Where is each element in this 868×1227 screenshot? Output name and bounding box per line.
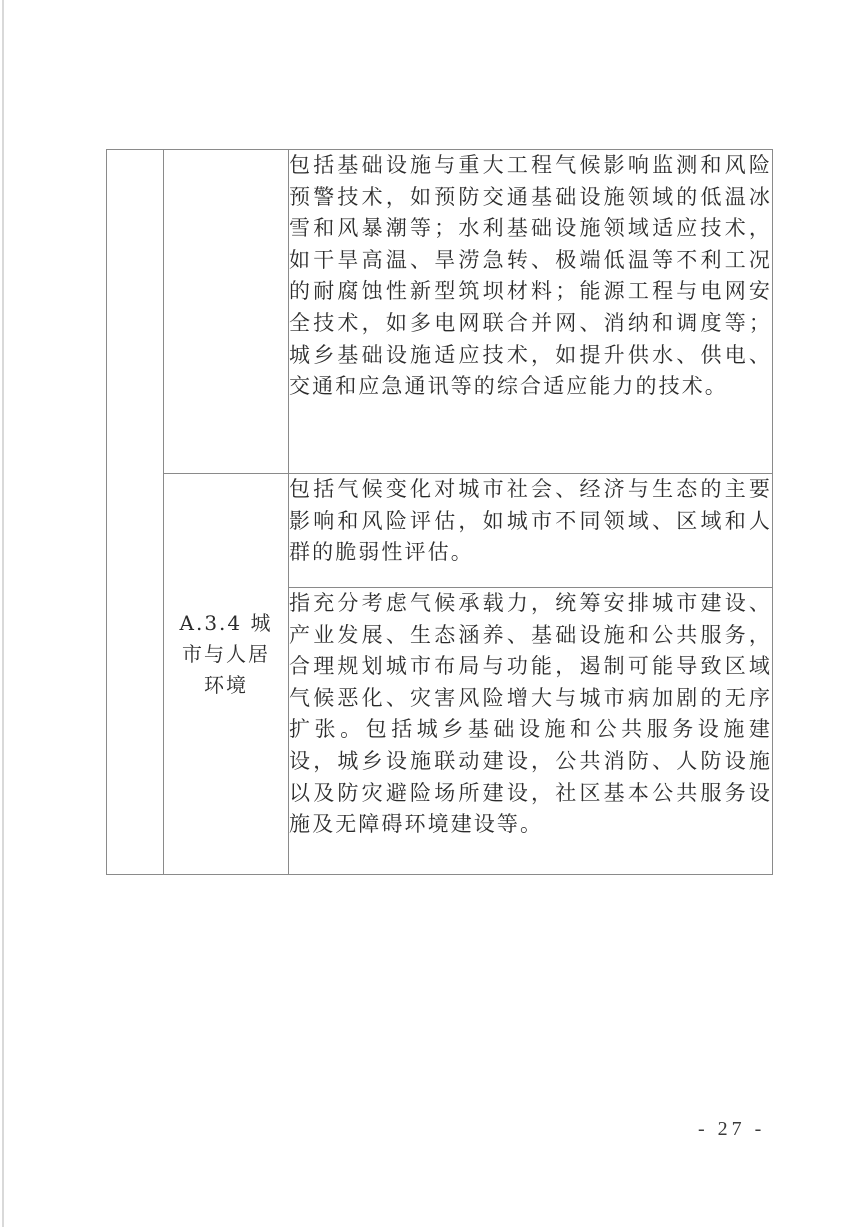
description-cell: 包括气候变化对城市社会、经济与生态的主要影响和风险评估，如城市不同领域、区域和人… bbox=[289, 474, 773, 588]
level2-category-cell: A.3.4 城市与人居环境 bbox=[164, 474, 289, 875]
category-label-urban-living-environment: A.3.4 城市与人居环境 bbox=[172, 608, 280, 701]
table-row: A.3.4 城市与人居环境 包括气候变化对城市社会、经济与生态的主要影响和风险评… bbox=[107, 474, 773, 588]
level2-category-cell bbox=[164, 150, 289, 474]
scan-edge-line bbox=[2, 0, 4, 1227]
description-cell: 包括基础设施与重大工程气候影响监测和风险预警技术，如预防交通基础设施领域的低温冰… bbox=[289, 150, 773, 474]
table-row: 包括基础设施与重大工程气候影响监测和风险预警技术，如预防交通基础设施领域的低温冰… bbox=[107, 150, 773, 474]
description-cell: 指充分考虑气候承载力，统筹安排城市建设、产业发展、生态涵养、基础设施和公共服务，… bbox=[289, 588, 773, 875]
page-number: - 27 - bbox=[698, 1118, 765, 1141]
level1-category-cell bbox=[107, 150, 164, 875]
category-table: 包括基础设施与重大工程气候影响监测和风险预警技术，如预防交通基础设施领域的低温冰… bbox=[106, 149, 773, 875]
